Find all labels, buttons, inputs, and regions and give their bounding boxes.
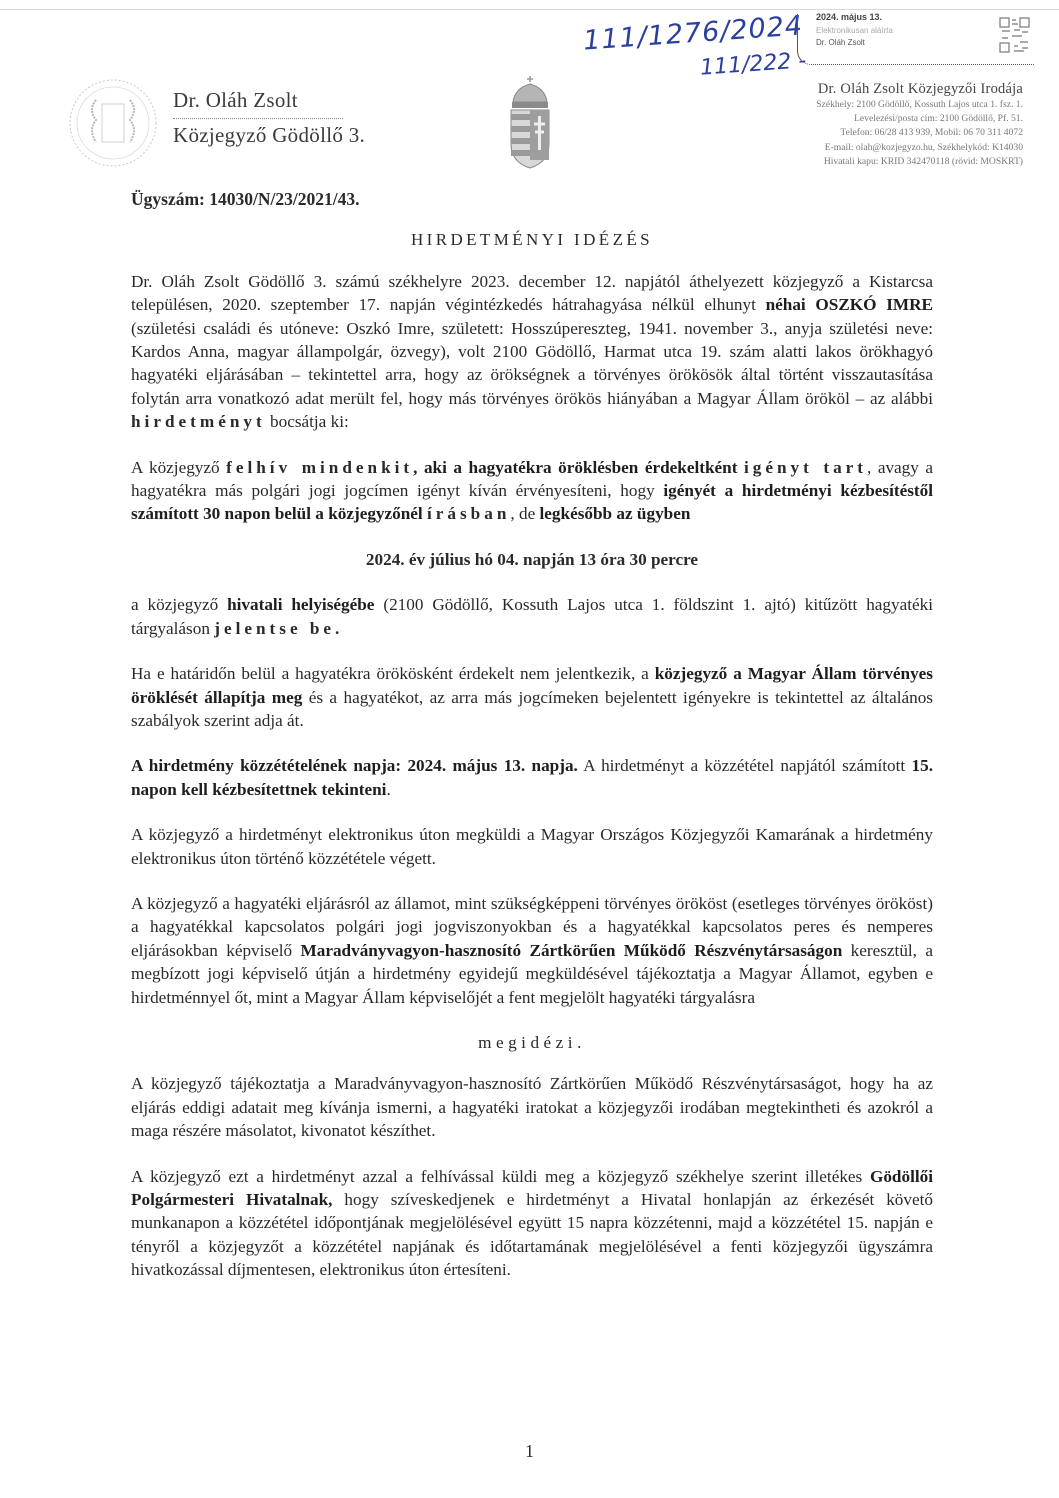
office-letterhead: Dr. Oláh Zsolt Közjegyzői Irodája Székhe… bbox=[816, 81, 1023, 169]
notary-name: Dr. Oláh Zsolt bbox=[173, 88, 298, 113]
hungarian-coat-of-arms-icon bbox=[505, 72, 555, 172]
paragraph-state: A közjegyző a hagyatéki eljárásról az ál… bbox=[131, 892, 933, 1009]
office-title: Dr. Oláh Zsolt Közjegyzői Irodája bbox=[816, 81, 1023, 98]
paragraph-chamber: A közjegyző a hirdetményt elektronikus ú… bbox=[131, 823, 933, 870]
stamp-label: Elektronikusan aláírta bbox=[816, 26, 893, 35]
office-phone: Telefon: 06/28 413 939, Mobil: 06 70 311… bbox=[816, 126, 1023, 140]
office-postal-address: Levelezési/posta cím: 2100 Gödöllő, Pf. … bbox=[816, 112, 1023, 126]
qr-code-icon bbox=[998, 16, 1032, 56]
paragraph-municipality: A közjegyző ezt a hirdetményt azzal a fe… bbox=[131, 1165, 933, 1282]
summons-word: megidézi. bbox=[131, 1031, 933, 1054]
handwritten-sub-number: 111/222 - bbox=[699, 48, 807, 80]
office-gateway: Hivatali kapu: KRID 342470118 (rövid: MO… bbox=[816, 155, 1023, 169]
letterhead-divider bbox=[173, 118, 343, 119]
office-address: Székhely: 2100 Gödöllő, Kossuth Lajos ut… bbox=[816, 98, 1023, 112]
stamp-signer: Dr. Oláh Zsolt bbox=[816, 38, 865, 47]
notary-seal-icon bbox=[68, 78, 158, 168]
paragraph-call: A közjegyző felhív mindenkit, aki a hagy… bbox=[131, 456, 933, 526]
office-email: E-mail: olah@kozjegyzo.hu, Székhelykód: … bbox=[816, 141, 1023, 155]
page-number: 1 bbox=[0, 1441, 1059, 1462]
paragraph-inspection: A közjegyző tájékoztatja a Maradványvagy… bbox=[131, 1072, 933, 1142]
scan-top-edge bbox=[0, 9, 1059, 10]
deceased-name: néhai OSZKÓ IMRE bbox=[766, 295, 933, 314]
paragraph-location: a közjegyző hivatali helyiségébe (2100 G… bbox=[131, 593, 933, 640]
case-number: Ügyszám: 14030/N/23/2021/43. bbox=[131, 188, 933, 211]
paragraph-deadline: Ha e határidőn belül a hagyatékra örökös… bbox=[131, 662, 933, 732]
hearing-date: 2024. év július hó 04. napján 13 óra 30 … bbox=[131, 548, 933, 571]
document-body: Ügyszám: 14030/N/23/2021/43. HIRDETMÉNYI… bbox=[131, 188, 933, 1304]
paragraph-intro: Dr. Oláh Zsolt Gödöllő 3. számú székhely… bbox=[131, 270, 933, 434]
electronic-signature-stamp: 2024. május 13. Elektronikusan aláírta D… bbox=[797, 14, 1034, 65]
notary-title: Közjegyző Gödöllő 3. bbox=[173, 123, 365, 148]
document-title: HIRDETMÉNYI IDÉZÉS bbox=[131, 228, 933, 251]
stamp-date: 2024. május 13. bbox=[816, 12, 882, 22]
paragraph-publication: A hirdetmény közzétételének napja: 2024.… bbox=[131, 754, 933, 801]
